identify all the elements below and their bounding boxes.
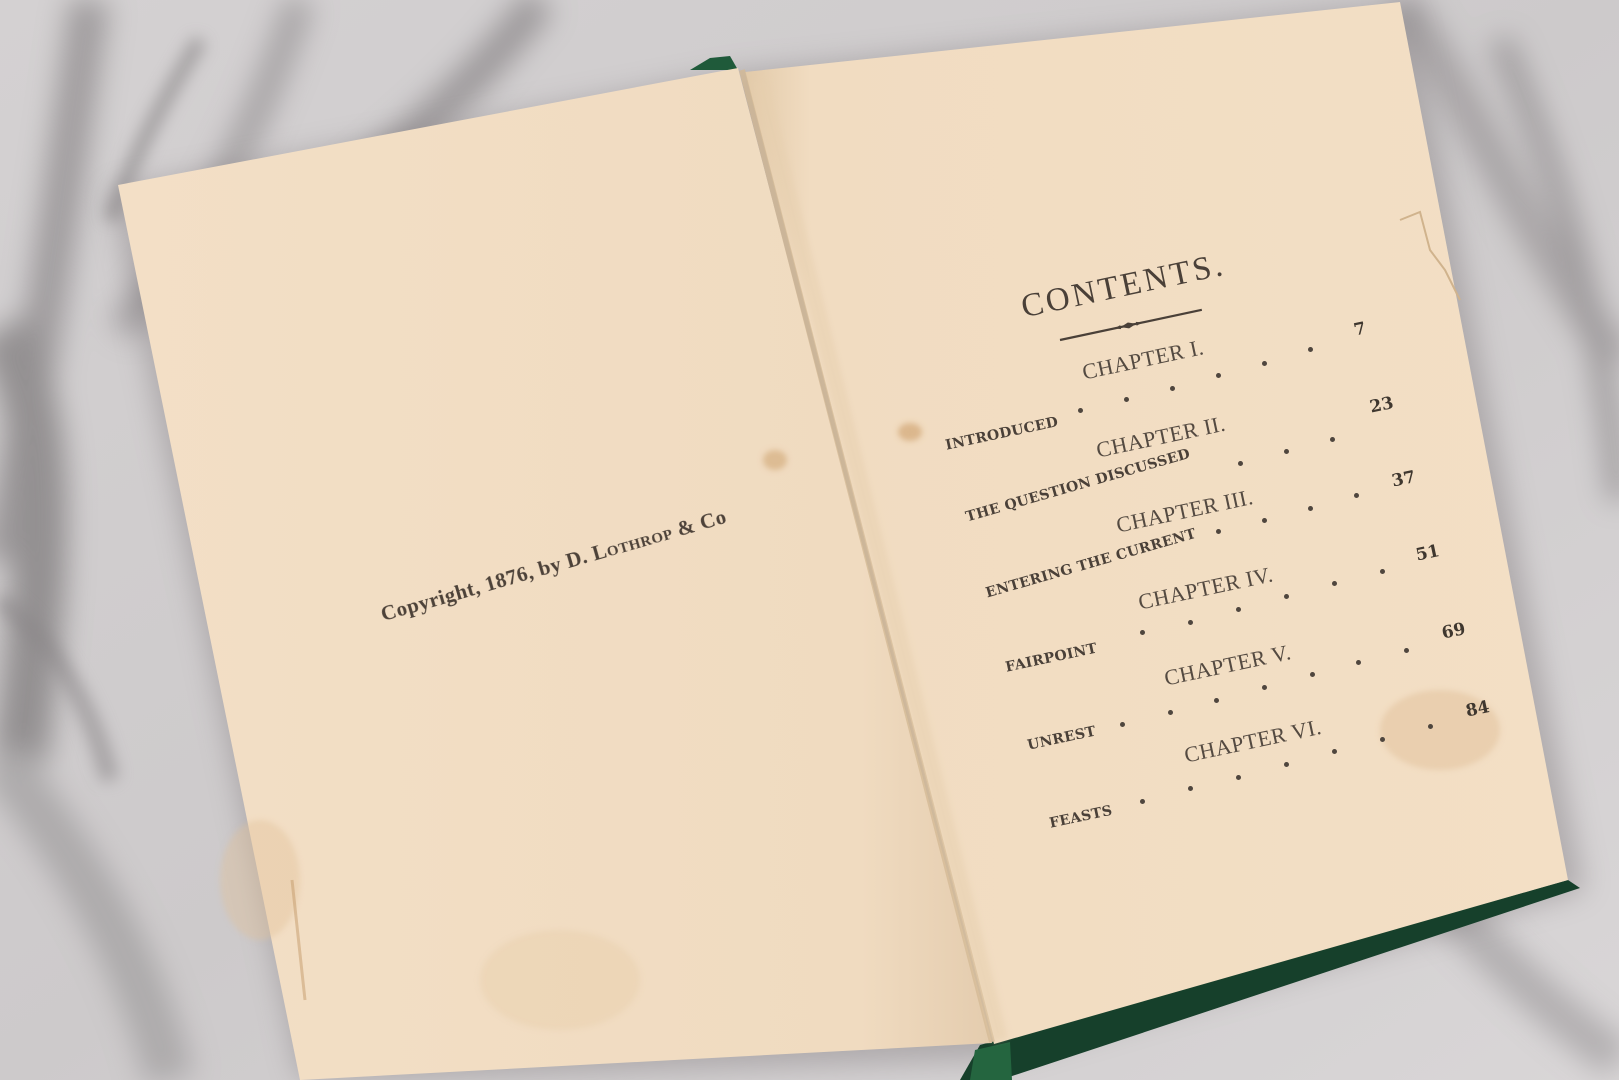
book-photo-scene <box>0 0 1619 1080</box>
